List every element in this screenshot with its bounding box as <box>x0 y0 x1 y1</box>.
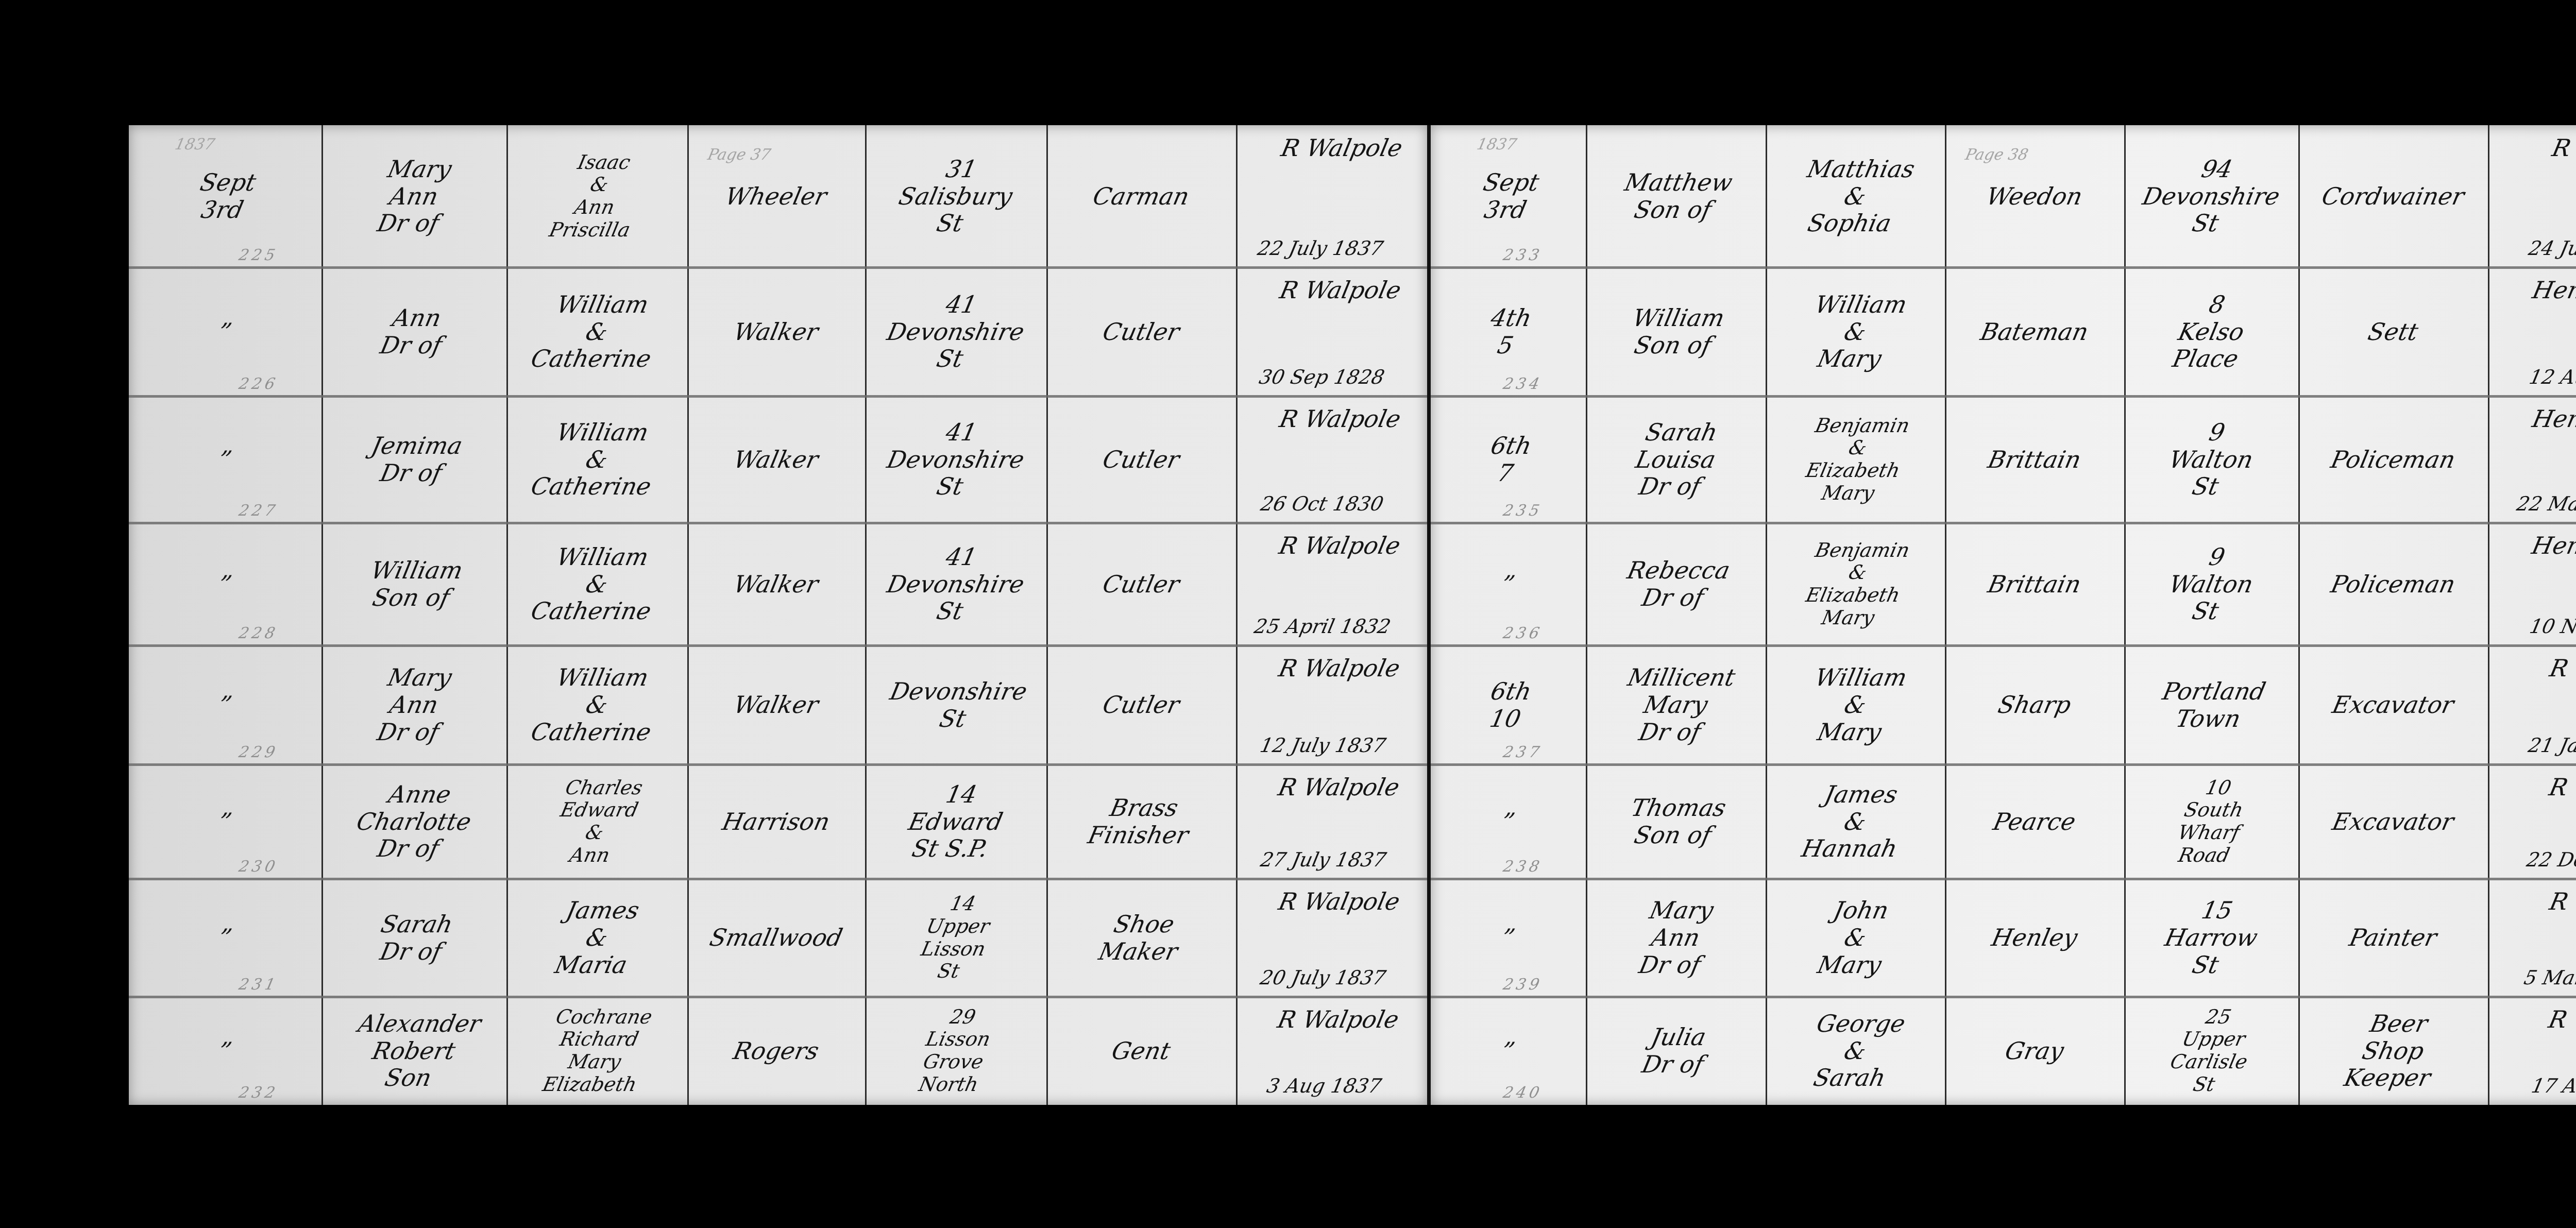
abode-line: Harrow <box>2162 924 2260 951</box>
occupation-line: Excavator <box>2330 808 2456 835</box>
registrar-and-date-cell: R Walpole26 Oct 1830 <box>1223 396 1427 523</box>
abode-line: Devonshire <box>888 678 1030 705</box>
child-name-cell: MatthewSon of <box>1571 125 1781 267</box>
occupation-cell: Carman <box>1031 125 1251 267</box>
child-name-line: Son of <box>1632 822 1714 849</box>
abode-cell: 29LissonGroveNorth <box>854 997 1058 1105</box>
parents-names-line: Ann <box>572 196 617 219</box>
occupation-line: Cutler <box>1100 446 1182 473</box>
parents-names-line: & <box>583 822 605 844</box>
occupation-cell: Cutler <box>1033 645 1248 764</box>
register-number: 234 <box>1501 375 1544 393</box>
register-number: 239 <box>1501 976 1544 994</box>
abode-line: St <box>2190 951 2221 979</box>
child-name-line: Mary <box>385 156 454 183</box>
date-column-line: ” <box>216 808 234 835</box>
occupation-line: Policeman <box>2328 446 2458 473</box>
surname-text: Brittain <box>1986 446 2083 473</box>
register-entry-row: Sept3rdMatthewSon ofMatthias&SophiaWeedo… <box>1431 125 2576 267</box>
register-entry-row: 6th10MillicentMaryDr ofWilliam&MarySharp… <box>1431 645 2576 764</box>
registration-date: 17 Aug 1837 <box>2529 1075 2576 1098</box>
parents-names-line: Cochrane <box>554 1006 654 1029</box>
surname-text: Henley <box>1989 924 2080 951</box>
registrar-signature: R Walpole <box>1276 888 1402 915</box>
registrar-signature: R Walpole <box>2547 888 2576 915</box>
parents-names-line: & <box>583 924 610 951</box>
registration-date: 22 Decr 1833 <box>2524 849 2576 872</box>
registrar-and-date-cell: R Walpole20 July 1837 <box>1224 879 1427 997</box>
abode-cell: 41DevonshireSt <box>851 267 1060 396</box>
surname-text: Sharp <box>1995 691 2073 719</box>
abode-line: Edward <box>906 808 1006 835</box>
registrar-signature: Henry Taylor <box>2529 532 2576 559</box>
date-column-line: 5 <box>1495 332 1516 359</box>
parents-names-line: Priscilla <box>547 219 632 242</box>
parents-names-cell: John&Mary <box>1753 879 1958 997</box>
surname-text: Brittain <box>1986 571 2083 598</box>
child-name-line: Anne <box>386 781 453 808</box>
parents-names-line: Hannah <box>1799 835 1900 862</box>
occupation-line: Cutler <box>1100 691 1182 719</box>
occupation-cell: Policeman <box>2285 523 2501 645</box>
abode-line: St <box>934 473 965 500</box>
parents-names-line: Elizabeth <box>1804 584 1902 607</box>
date-column-line: ” <box>1499 924 1517 951</box>
abode-line: 41 <box>943 543 979 571</box>
parents-names-line: Elizabeth <box>1804 459 1902 482</box>
abode-line: Devonshire <box>2140 183 2282 210</box>
parents-names-line: William <box>554 419 651 446</box>
child-name-cell: MillicentMaryDr of <box>1573 645 1778 764</box>
abode-line: St <box>937 705 969 732</box>
abode-line: Salisbury <box>896 183 1015 210</box>
date-column-cell: ” <box>129 879 334 997</box>
abode-cell: 9WaltonSt <box>2111 396 2312 523</box>
registration-date: 5 March 1837 <box>2522 967 2576 990</box>
parents-names-cell: William&Catherine <box>494 523 701 645</box>
child-name-cell: AnneCharlotteDr of <box>309 764 518 879</box>
child-name-cell: AlexanderRobertSon <box>310 997 518 1105</box>
parents-names-line: Benjamin <box>1813 539 1911 562</box>
parents-names-line: & <box>1842 1037 1869 1065</box>
occupation-line: Beer <box>2367 1010 2430 1037</box>
child-name-line: William <box>1630 304 1727 332</box>
abode-line: Grove <box>921 1051 986 1073</box>
date-column-cell: ” <box>129 267 335 396</box>
abode-line: Carlisle <box>2168 1051 2250 1073</box>
parents-names-line: Mary <box>566 1051 623 1073</box>
abode-line: St <box>2191 1073 2217 1096</box>
register-page-right: Page 381837Sept3rdMatthewSon ofMatthias&… <box>1431 125 2576 1105</box>
abode-line: 14 <box>943 781 979 808</box>
child-name-cell: AnnDr of <box>308 267 520 396</box>
date-column-cell: ” <box>129 396 335 523</box>
parents-names-line: George <box>1814 1010 1908 1037</box>
register-number: 227 <box>237 502 280 520</box>
registrar-signature: R Walpole <box>1276 774 1402 801</box>
parents-names-line: Mary <box>1820 607 1876 629</box>
child-name-line: Millicent <box>1625 664 1738 691</box>
parents-names-line: Mary <box>1820 482 1876 505</box>
register-number: 229 <box>237 743 280 761</box>
registration-date: 21 Jany 1837 <box>2526 735 2576 757</box>
abode-cell: 31SalisburySt <box>850 125 1062 267</box>
parents-names-line: & <box>1842 183 1869 210</box>
abode-line: St <box>2190 598 2221 625</box>
registrar-and-date-cell: R Walpole22 July 1837 <box>1221 125 1427 267</box>
date-column-line: 7 <box>1495 459 1516 487</box>
parents-names-cell: Benjamin&ElizabethMary <box>1753 523 1958 645</box>
register-number: 240 <box>1501 1084 1544 1102</box>
surname-cell: Weedon <box>1930 125 2140 267</box>
occupation-line: Excavator <box>2330 691 2456 719</box>
parents-names-cell: Benjamin&ElizabethMary <box>1752 396 1958 523</box>
parents-names-line: & <box>1842 318 1869 346</box>
registration-date: 30 Sep 1828 <box>1257 366 1386 389</box>
abode-line: Road <box>2176 844 2232 867</box>
parents-names-line: & <box>1846 561 1869 584</box>
occupation-cell: BrassFinisher <box>1034 764 1248 879</box>
child-name-line: Julia <box>1649 1024 1708 1051</box>
registrar-and-date-cell: R Walpole12 July 1837 <box>1223 645 1427 764</box>
child-name-cell: JemimaDr of <box>308 396 520 523</box>
abode-cell: 41DevonshireSt <box>852 396 1060 523</box>
surname-cell: Henley <box>1933 879 2137 997</box>
register-page-left: Page 371837Sept3rdMaryAnnDr ofIsaac&AnnP… <box>129 125 1427 1105</box>
surname-cell: Smallwood <box>675 879 878 997</box>
abode-line: St <box>934 345 965 372</box>
registrar-signature: R Walpole <box>2550 134 2576 162</box>
abode-cell: 14EdwardSt S.P. <box>853 764 1058 879</box>
child-name-line: Alexander <box>356 1010 484 1037</box>
occupation-cell: Cordwainer <box>2283 125 2503 267</box>
abode-line: 94 <box>2199 156 2235 183</box>
surname-cell: Walker <box>674 523 878 645</box>
abode-line: 41 <box>943 291 979 318</box>
register-number: 235 <box>1501 502 1544 520</box>
date-column-line: 10 <box>1487 705 1523 732</box>
child-name-line: Dr of <box>1637 473 1703 500</box>
registrar-signature: R Walpole <box>2546 1006 2576 1033</box>
date-column-line: ” <box>1499 808 1517 835</box>
abode-cell: 41DevonshireSt <box>852 523 1060 645</box>
parents-names-line: William <box>554 664 651 691</box>
child-name-line: Dr of <box>1637 719 1703 746</box>
abode-line: 9 <box>2207 419 2228 446</box>
child-name-line: Mary <box>1647 897 1716 924</box>
surname-cell: Bateman <box>1931 267 2138 396</box>
date-column-cell: Sept3rd <box>129 125 336 267</box>
child-name-line: Louisa <box>1633 446 1718 473</box>
child-name-cell: SarahLouisaDr of <box>1572 396 1779 523</box>
abode-cell: 10SouthWharfRoad <box>2112 764 2310 879</box>
child-name-line: Dr of <box>378 938 444 965</box>
abode-line: Devonshire <box>885 318 1027 346</box>
child-name-line: Mary <box>385 664 454 691</box>
register-entry-row: ”WilliamSon ofWilliam&CatherineWalker41D… <box>129 523 1427 645</box>
parents-names-line: Richard <box>558 1028 641 1051</box>
child-name-line: Ann <box>387 691 441 719</box>
occupation-cell: Policeman <box>2285 396 2501 523</box>
registration-date: 27 July 1837 <box>1259 849 1388 872</box>
abode-cell: PortlandTown <box>2111 645 2311 764</box>
abode-cell: 14UpperLissonSt <box>853 879 1059 997</box>
occupation-cell: Cutler <box>1033 396 1249 523</box>
abode-line: 14 <box>948 893 978 915</box>
child-name-line: Rebecca <box>1625 557 1733 584</box>
abode-line: Portland <box>2160 678 2268 705</box>
parents-names-line: William <box>1812 291 1909 318</box>
child-name-line: Dr of <box>378 332 444 359</box>
child-name-line: Dr of <box>378 459 444 487</box>
register-entry-row: ”AnneCharlotteDr ofCharlesEdward&AnnHarr… <box>129 764 1427 879</box>
child-name-line: Son of <box>370 584 452 611</box>
register-number: 231 <box>237 976 280 994</box>
child-name-cell: MaryAnnDr of <box>307 125 522 267</box>
date-column-line: 6th <box>1488 432 1534 459</box>
child-name-cell: MaryAnnDr of <box>309 645 519 764</box>
surname-cell: Wheeler <box>672 125 880 267</box>
child-name-line: Dr of <box>375 835 442 862</box>
register-entry-row: ”MaryAnnDr ofWilliam&CatherineWalkerDevo… <box>129 645 1427 764</box>
child-name-line: Ann <box>1649 924 1703 951</box>
abode-line: Town <box>2174 705 2243 732</box>
occupation-line: Carman <box>1091 183 1192 210</box>
parents-names-line: Mary <box>1815 719 1884 746</box>
registration-date: 24 July 1837 <box>2527 237 2576 260</box>
abode-line: Walton <box>2167 571 2256 598</box>
date-column-line: ” <box>216 1037 234 1065</box>
child-name-line: Matthew <box>1622 169 1735 196</box>
date-column-cell: ” <box>129 523 334 645</box>
child-name-cell: MaryAnnDr of <box>1573 879 1778 997</box>
date-column-line: Sept <box>1481 169 1541 196</box>
abode-line: 9 <box>2207 543 2228 571</box>
child-name-line: Robert <box>370 1037 458 1065</box>
parents-names-line: & <box>583 318 610 346</box>
parents-names-line: Matthias <box>1805 156 1917 183</box>
child-name-cell: RebeccaDr of <box>1573 523 1779 645</box>
surname-text: Bateman <box>1978 318 2091 346</box>
abode-line: Walton <box>2167 446 2256 473</box>
register-number: 238 <box>1501 858 1544 876</box>
registrar-and-date-cell: R Walpole25 April 1832 <box>1223 523 1427 645</box>
abode-line: St <box>934 598 965 625</box>
registration-date: 26 Oct 1830 <box>1259 493 1385 516</box>
date-column-line: 4th <box>1488 304 1534 332</box>
registration-date: 22 March 1836 <box>2515 493 2576 516</box>
parents-names-cell: CharlesEdward&Ann <box>494 764 699 879</box>
child-name-line: Dr of <box>1637 951 1703 979</box>
abode-line: North <box>917 1073 980 1096</box>
child-name-line: Son <box>382 1064 434 1091</box>
surname-text: Wheeler <box>723 183 829 210</box>
abode-cell: 9WaltonSt <box>2111 523 2312 645</box>
abode-line: 8 <box>2207 291 2228 318</box>
registrar-signature: R Walpole <box>2547 774 2576 801</box>
registrar-signature: R Walpole <box>1277 277 1403 304</box>
child-name-line: Sarah <box>379 911 455 938</box>
abode-line: 29 <box>948 1006 978 1029</box>
surname-cell: Walker <box>674 645 877 764</box>
occupation-cell: Excavator <box>2285 645 2500 764</box>
child-name-line: Dr of <box>1639 1051 1706 1078</box>
child-name-line: Ann <box>390 304 444 332</box>
child-name-line: Dr of <box>1639 584 1706 611</box>
registration-date: 12 Aug 1837 <box>2527 366 2576 389</box>
occupation-line: Policeman <box>2328 571 2458 598</box>
surname-cell: Brittain <box>1931 396 2138 523</box>
surname-cell: Harrison <box>675 764 877 879</box>
surname-cell: Rogers <box>676 997 877 1105</box>
registrar-and-date-cell: R Walpole3 Aug 1837 <box>1225 997 1427 1105</box>
register-entry-row: ”SarahDr ofJames&MariaSmallwood14UpperLi… <box>129 879 1427 997</box>
parents-names-cell: George&Sarah <box>1754 997 1957 1105</box>
parents-names-line: Mary <box>1815 345 1884 372</box>
register-entry-row: Sept3rdMaryAnnDr ofIsaac&AnnPriscillaWhe… <box>129 125 1427 267</box>
occupation-line: Shop <box>2360 1037 2427 1065</box>
abode-line: Lisson <box>924 1028 992 1051</box>
register-number: 230 <box>237 858 280 876</box>
abode-cell: 25UpperCarlisleSt <box>2113 997 2310 1105</box>
parents-names-line: James <box>564 897 642 924</box>
parents-names-line: Ann <box>568 844 612 867</box>
date-column-line: ” <box>1499 571 1517 598</box>
child-name-line: Dr of <box>375 719 442 746</box>
register-entry-row: ”JuliaDr ofGeorge&SarahGray25UpperCarlis… <box>1431 997 2576 1105</box>
register-number: 233 <box>1501 246 1544 264</box>
register-entry-row: ”ThomasSon ofJames&HannahPearce10SouthWh… <box>1431 764 2576 879</box>
date-column-line: 6th <box>1488 678 1534 705</box>
occupation-line: Shoe <box>1111 911 1177 938</box>
surname-text: Walker <box>732 691 821 719</box>
registrar-and-date-cell: R Walpole30 Sep 1828 <box>1222 267 1427 396</box>
abode-line: St S.P. <box>909 835 990 862</box>
abode-line: 41 <box>943 419 979 446</box>
child-name-line: Son of <box>1632 332 1714 359</box>
occupation-line: Finisher <box>1086 822 1191 849</box>
register-entry-row: ”AlexanderRobertSonCochraneRichardMaryEl… <box>129 997 1427 1105</box>
surname-text: Gray <box>2003 1037 2066 1065</box>
abode-cell: 15HarrowSt <box>2112 879 2311 997</box>
parents-names-line: William <box>1812 664 1909 691</box>
abode-line: Devonshire <box>885 571 1027 598</box>
surname-cell: Sharp <box>1932 645 2137 764</box>
registration-date: 12 July 1837 <box>1258 735 1388 757</box>
abode-line: Devonshire <box>885 446 1027 473</box>
date-column-line: ” <box>216 924 234 951</box>
child-name-cell: WilliamSon of <box>309 523 520 645</box>
register-number: 228 <box>237 624 280 642</box>
child-name-cell: ThomasSon of <box>1573 764 1777 879</box>
registration-date: 25 April 1832 <box>1252 616 1393 638</box>
parents-names-line: Benjamin <box>1813 415 1911 437</box>
parents-names-cell: Matthias&Sophia <box>1751 125 1960 267</box>
registrar-signature: Henry Taylor <box>2530 405 2576 433</box>
surname-text: Walker <box>732 571 821 598</box>
registration-date: 10 Nov 1831 <box>2528 616 2576 638</box>
register-entry-row: ”RebeccaDr ofBenjamin&ElizabethMaryBritt… <box>1431 523 2576 645</box>
date-column-cell: ” <box>129 997 333 1105</box>
surname-text: Walker <box>732 318 821 346</box>
date-column-line: ” <box>216 691 234 719</box>
abode-line: Upper <box>2180 1028 2247 1051</box>
date-column-line: ” <box>216 446 234 473</box>
occupation-line: Painter <box>2347 924 2439 951</box>
abode-line: Kelso <box>2176 318 2247 346</box>
registrar-signature: R Walpole <box>1277 532 1403 559</box>
parents-names-line: & <box>588 174 611 196</box>
abode-line: Place <box>2170 345 2241 372</box>
occupation-cell: ShoeMaker <box>1034 879 1249 997</box>
registrar-signature: R Walpole <box>1277 405 1403 433</box>
parents-names-line: Catherine <box>529 473 654 500</box>
date-column-cell: ” <box>129 764 334 879</box>
parents-names-cell: Isaac&AnnPriscilla <box>492 125 703 267</box>
occupation-cell: Painter <box>2286 879 2501 997</box>
date-column-line: Sept <box>198 169 259 196</box>
child-name-line: Mary <box>1641 691 1710 719</box>
child-name-line: Thomas <box>1629 794 1728 822</box>
parents-names-cell: James&Hannah <box>1753 764 1957 879</box>
child-name-line: Charlotte <box>354 808 473 835</box>
register-number: 226 <box>237 375 280 393</box>
occupation-cell: Excavator <box>2286 764 2500 879</box>
abode-line: St <box>936 960 962 983</box>
register-number: 237 <box>1501 743 1544 761</box>
parents-names-line: Sarah <box>1811 1064 1888 1091</box>
surname-cell: Walker <box>673 267 878 396</box>
parents-names-line: Catherine <box>529 345 654 372</box>
occupation-line: Keeper <box>2342 1064 2433 1091</box>
abode-line: Upper <box>924 915 992 938</box>
parents-names-line: & <box>1842 924 1869 951</box>
child-name-line: Ann <box>387 183 441 210</box>
parents-names-line: William <box>554 291 651 318</box>
parents-names-line: & <box>1842 808 1869 835</box>
occupation-cell: Cutler <box>1033 523 1249 645</box>
registration-date: 3 Aug 1837 <box>1265 1075 1384 1098</box>
parents-names-line: James <box>1822 781 1900 808</box>
abode-line: South <box>2182 799 2245 822</box>
surname-text: Smallwood <box>707 924 845 951</box>
child-name-cell: WilliamSon of <box>1572 267 1779 396</box>
child-name-cell: SarahDr of <box>309 879 519 997</box>
parents-names-line: Isaac <box>575 151 632 174</box>
parents-names-cell: James&Maria <box>494 879 700 997</box>
occupation-line: Cutler <box>1100 571 1182 598</box>
parents-names-line: Maria <box>552 951 630 979</box>
occupation-line: Cutler <box>1100 318 1182 346</box>
surname-cell: Gray <box>1934 997 2136 1105</box>
date-column-line: ” <box>216 318 234 346</box>
occupation-line: Gent <box>1109 1037 1173 1065</box>
surname-text: Rogers <box>731 1037 822 1065</box>
parents-names-line: Charles <box>564 777 645 799</box>
surname-text: Pearce <box>1991 808 2078 835</box>
register-entry-row: ”JemimaDr ofWilliam&CatherineWalker41Dev… <box>129 396 1427 523</box>
surname-text: Weedon <box>1984 183 2085 210</box>
register-entry-row: ”MaryAnnDr ofJohn&MaryHenley15HarrowStPa… <box>1431 879 2576 997</box>
parents-names-line: Catherine <box>529 598 654 625</box>
date-column-line: 3rd <box>1482 196 1529 224</box>
parents-names-line: Edward <box>558 799 640 822</box>
parents-names-line: & <box>583 571 610 598</box>
date-column-line: 3rd <box>198 196 246 224</box>
child-name-line: William <box>368 557 465 584</box>
parents-names-cell: William&Mary <box>1753 645 1957 764</box>
register-number: 232 <box>237 1084 280 1102</box>
